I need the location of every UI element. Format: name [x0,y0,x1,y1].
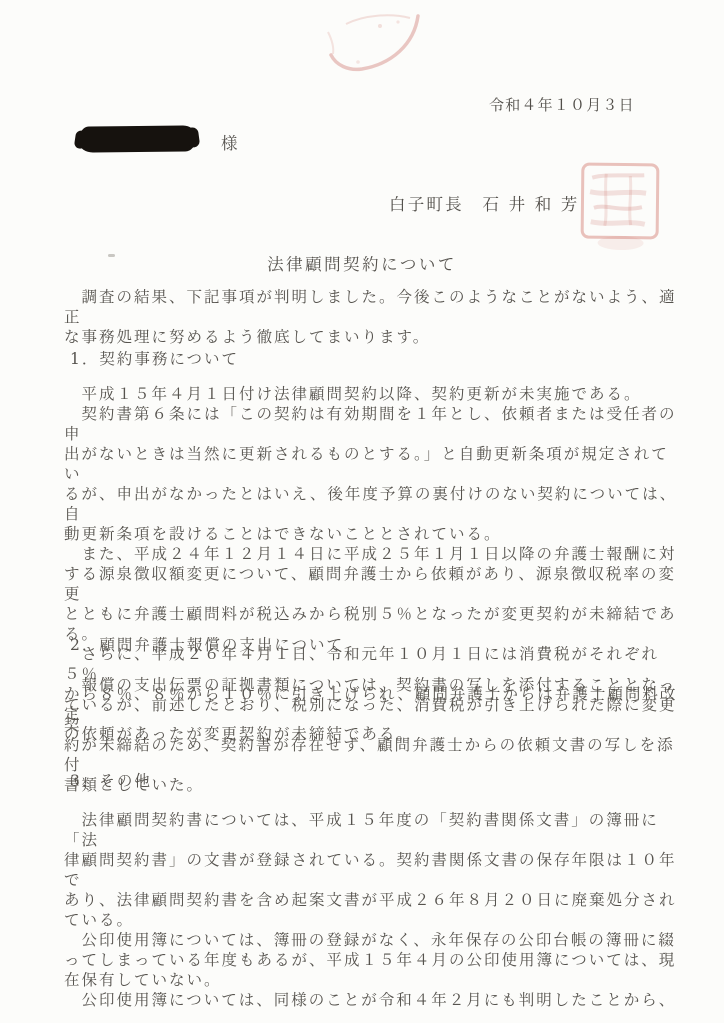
section-3-heading: 3．その他 [70,769,670,791]
section-2-heading: 2．顧問弁護士報償の支出について [70,633,670,655]
section-1-heading: 1．契約事務について [70,347,670,369]
redacted-recipient-name [79,125,196,152]
document-date: 令和４年１０月３日 [489,94,635,115]
scanned-document-page: 令和４年１０月３日 様 白子町長 石 井 和 芳 法律顧問契約について 調査の結… [0,0,724,1023]
scan-artifact [108,254,115,257]
receipt-stamp-icon [318,2,448,94]
sender-name: 白子町長 石 井 和 芳 [389,191,580,215]
section-3-body: 法律顧問契約書については、平成１５年度の「契約書関係文書」の簿冊に「法 律顧問契… [64,810,684,1010]
recipient-honorific: 様 [221,130,238,154]
seal-engraving [584,166,655,235]
intro-paragraph: 調査の結果、下記事項が判明しました。今後このようなことがないよう、適正 な事務処… [64,287,684,347]
official-seal-icon [581,163,660,240]
